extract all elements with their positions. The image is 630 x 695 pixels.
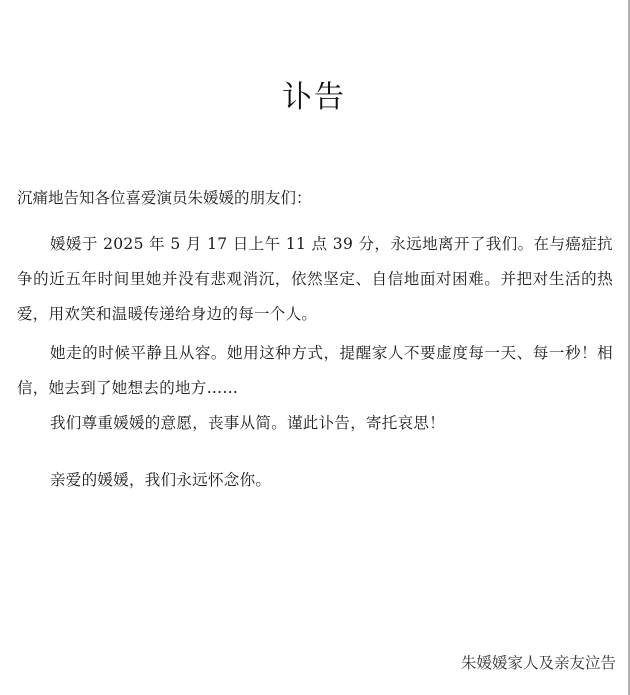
paragraph-2: 她走的时候平静且从容。她用这种方式，提醒家人不要虚度每一天、每一秒！相信，她去到… [17, 336, 613, 406]
paragraph-4: 亲爱的媛媛，我们永远怀念你。 [17, 463, 613, 498]
salutation: 沉痛地告知各位喜爱演员朱媛媛的朋友们： [17, 186, 312, 208]
obituary-document: 讣告 沉痛地告知各位喜爱演员朱媛媛的朋友们： 媛媛于 2025 年 5 月 17… [0, 0, 630, 695]
paragraph-3: 我们尊重媛媛的意愿，丧事从简。谨此讣告，寄托哀思！ [17, 406, 613, 441]
paragraph-1: 媛媛于 2025 年 5 月 17 日上午 11 点 39 分，永远地离开了我们… [17, 227, 613, 332]
signature: 朱媛媛家人及亲友泣告 [461, 651, 616, 673]
document-title: 讣告 [0, 72, 628, 116]
